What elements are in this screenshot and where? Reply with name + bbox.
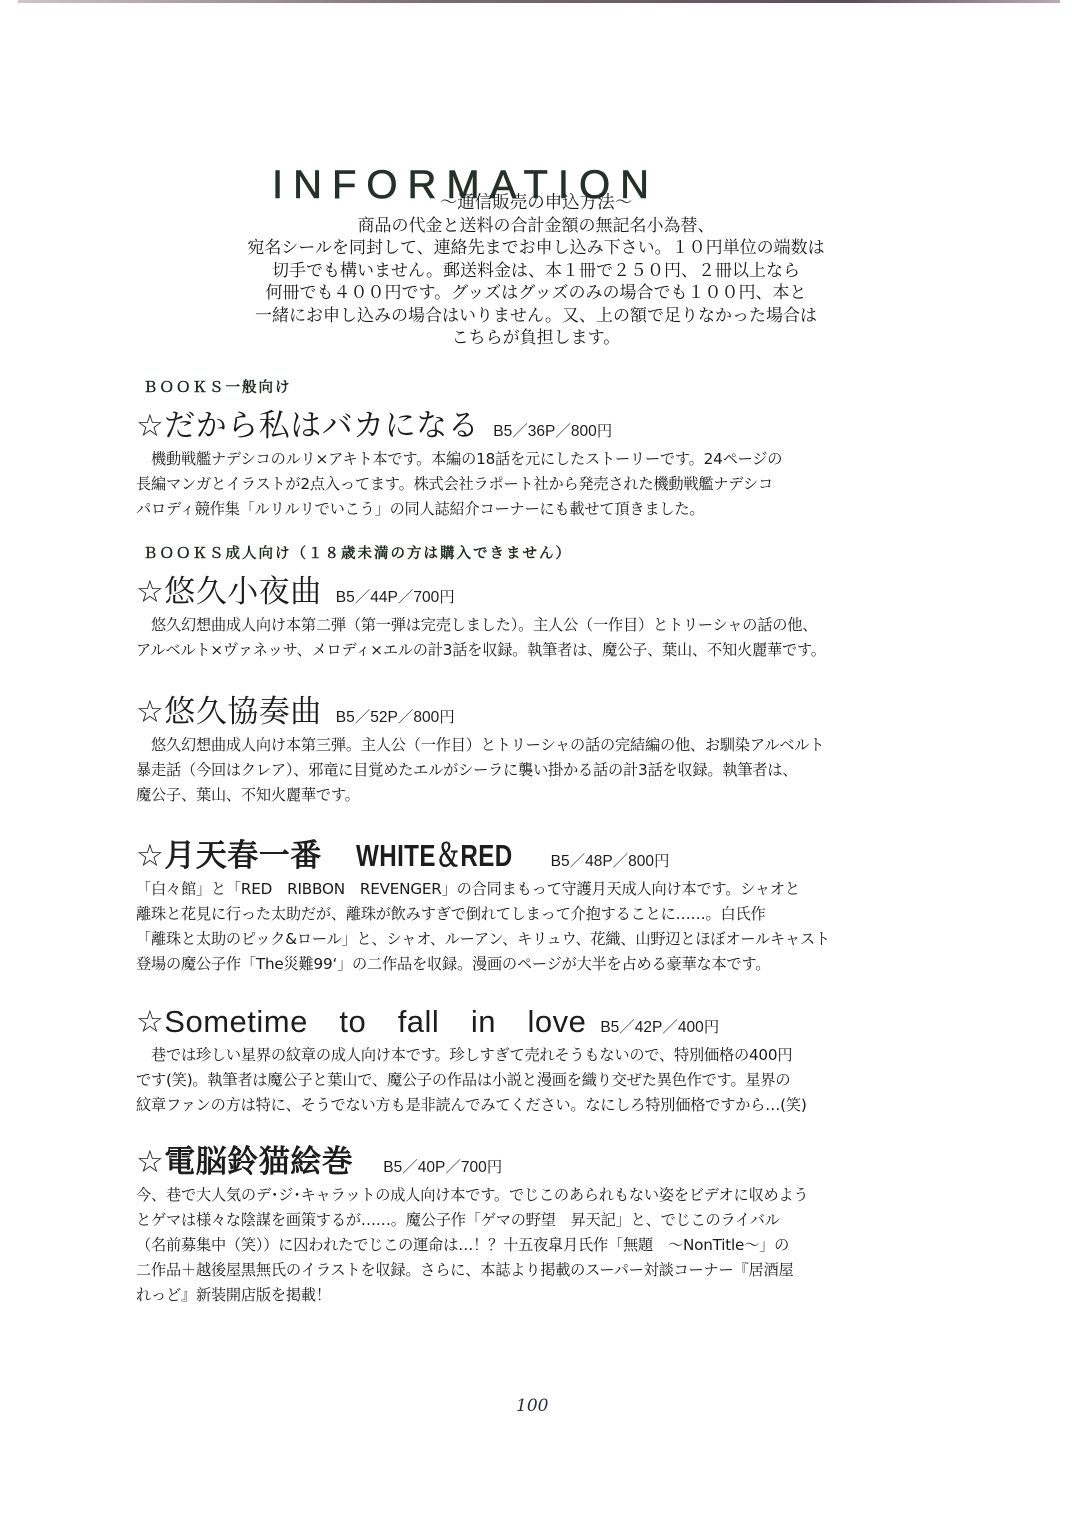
page-number: 100 bbox=[516, 1396, 548, 1416]
book-title-row: ☆Sometime to fall in love B5／42P／400円 bbox=[136, 996, 896, 1041]
book-title-row: ☆だから私はバカになる B5／36P／800円 bbox=[136, 400, 896, 445]
order-instructions: 〜通信販売の申込方法〜 商品の代金と送料の合計金額の無記名小為替、 宛名シールを… bbox=[200, 192, 872, 350]
book-description: 巷では珍しい星界の紋章の成人向け本です。珍しすぎて売れそうもないので、特別価格の… bbox=[136, 1043, 896, 1118]
book-title-row: ☆悠久協奏曲 B5／52P／800円 bbox=[136, 686, 896, 731]
section-heading-general-books: ＢＯＯＫＳ一般向け bbox=[143, 376, 292, 397]
book-description: 機動戦艦ナデシコのルリ×アキト本です。本編の18話を元にしたストーリーです。24… bbox=[136, 447, 896, 522]
order-instructions-line: 切手でも構いません。郵送料金は、本１冊で２５０円、２冊以上なら bbox=[200, 260, 872, 283]
book-spec: B5／36P／800円 bbox=[493, 419, 612, 441]
book-title-row: ☆電脳鈴猫絵巻 B5／40P／700円 bbox=[136, 1136, 896, 1181]
book-title: ☆Sometime to fall in love bbox=[136, 996, 586, 1041]
book-title: ☆電脳鈴猫絵巻 bbox=[136, 1136, 353, 1181]
book-description: 悠久幻想曲成人向け本第二弾（第一弾は完売しました）。主人公（一作目）とトリーシャ… bbox=[136, 613, 896, 663]
book-entry: ☆悠久協奏曲 B5／52P／800円 悠久幻想曲成人向け本第三弾。主人公（一作目… bbox=[136, 686, 896, 808]
book-description: 悠久幻想曲成人向け本第三弾。主人公（一作目）とトリーシャの話の完結編の他、お馴染… bbox=[136, 733, 896, 808]
scan-edge-line bbox=[18, 0, 1060, 3]
order-instructions-line: こちらが負担します。 bbox=[200, 327, 872, 350]
book-spec: B5／52P／800円 bbox=[336, 705, 455, 727]
section-heading-adult-books: ＢＯＯＫＳ成人向け（１８歳未満の方は購入できません） bbox=[143, 542, 572, 563]
order-instructions-line: 何冊でも４００円です。グッズはグッズのみの場合でも１００円、本と bbox=[200, 282, 872, 305]
order-instructions-line: 宛名シールを同封して、連絡先までお申し込み下さい。１０円単位の端数は bbox=[200, 237, 872, 260]
book-entry: ☆Sometime to fall in love B5／42P／400円 巷で… bbox=[136, 996, 896, 1118]
order-instructions-line: 一緒にお申し込みの場合はいりません。又、上の額で足りなかった場合は bbox=[200, 305, 872, 328]
book-spec: B5／48P／800円 bbox=[551, 849, 670, 871]
book-title: ☆だから私はバカになる bbox=[136, 400, 479, 445]
book-description: 「白々館」と「RED RIBBON REVENGER」の合同まもって守護月天成人… bbox=[136, 877, 896, 977]
book-title-en: WHITE＆RED bbox=[356, 830, 513, 875]
book-spec: B5／44P／700円 bbox=[336, 585, 455, 607]
book-description: 今、巷で大人気のデ･ジ･キャラットの成人向け本です。でじこのあられもない姿をビデ… bbox=[136, 1183, 896, 1308]
book-entry: ☆悠久小夜曲 B5／44P／700円 悠久幻想曲成人向け本第二弾（第一弾は完売し… bbox=[136, 566, 896, 663]
book-entry: ☆電脳鈴猫絵巻 B5／40P／700円 今、巷で大人気のデ･ジ･キャラットの成人… bbox=[136, 1136, 896, 1308]
order-instructions-heading: 〜通信販売の申込方法〜 bbox=[200, 192, 872, 215]
book-title-jp: ☆月天春一番 bbox=[136, 838, 322, 874]
book-title: ☆悠久協奏曲 bbox=[136, 686, 322, 731]
book-entry: ☆だから私はバカになる B5／36P／800円 機動戦艦ナデシコのルリ×アキト本… bbox=[136, 400, 896, 522]
book-title-row: ☆悠久小夜曲 B5／44P／700円 bbox=[136, 566, 896, 611]
book-spec: B5／40P／700円 bbox=[383, 1155, 502, 1177]
book-title: ☆月天春一番WHITE＆RED bbox=[136, 830, 523, 875]
book-title-row: ☆月天春一番WHITE＆RED B5／48P／800円 bbox=[136, 830, 896, 875]
book-title: ☆悠久小夜曲 bbox=[136, 566, 322, 611]
book-entry: ☆月天春一番WHITE＆RED B5／48P／800円 「白々館」と「RED R… bbox=[136, 830, 896, 977]
order-instructions-line: 商品の代金と送料の合計金額の無記名小為替、 bbox=[200, 215, 872, 238]
book-spec: B5／42P／400円 bbox=[600, 1015, 719, 1037]
